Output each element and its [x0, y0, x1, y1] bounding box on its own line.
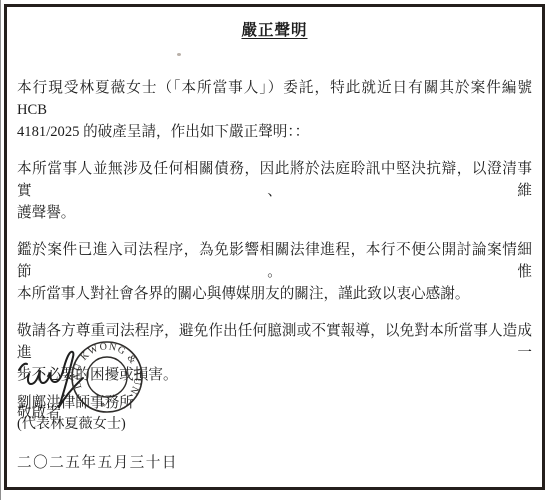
paragraph-line: 本所當事人並無涉及任何相關債務，因此將於法庭聆訊中堅決抗辯，以澄清事實、維: [17, 158, 532, 202]
paragraph-line: 護聲譽。: [17, 202, 532, 224]
law-firm-stamp: LAU KWONG & HUNG *: [65, 335, 149, 419]
paragraph-line: 本所當事人對社會各界的關心與傳媒朋友的關注，謹此致以衷心感謝。: [17, 283, 532, 305]
statement-title: 嚴正聲明: [7, 18, 542, 40]
paragraph-denial: 本所當事人並無涉及任何相關債務，因此將於法庭聆訊中堅決抗辯，以澄清事實、維 護聲…: [17, 158, 532, 224]
statement-date: 二〇二五年五月三十日: [17, 451, 178, 472]
signature-stroke: [19, 364, 27, 370]
document-border: 嚴正聲明 本行現受林夏薇女士（「本所當事人」）委託，特此就近日有關其於案件編號 …: [4, 4, 545, 490]
signature-stroke: [28, 371, 63, 384]
statement-page: 嚴正聲明 本行現受林夏薇女士（「本所當事人」）委託，特此就近日有關其於案件編號 …: [0, 0, 549, 500]
paragraph-judicial-process: 鑑於案件已進入司法程序，為免影響相關法律進程，本行不便公開討論案情細節。惟 本所…: [17, 239, 532, 305]
paragraph-line: 本行現受林夏薇女士（「本所當事人」）委託，特此就近日有關其於案件編號 HCB: [17, 77, 532, 121]
scan-edge-artifact: [0, 0, 1, 500]
stamp-inner-ring: [87, 357, 127, 397]
paragraph-intro: 本行現受林夏薇女士（「本所當事人」）委託，特此就近日有關其於案件編號 HCB 4…: [17, 77, 532, 143]
paragraph-line: 鑑於案件已進入司法程序，為免影響相關法律進程，本行不便公開討論案情細節。惟: [17, 239, 532, 283]
paragraph-line: 4181/2025 的破產呈請，作出如下嚴正聲明：：: [17, 121, 532, 143]
stamp-text: LAU KWONG & HUNG: [65, 335, 149, 399]
stamp-text-group: LAU KWONG & HUNG *: [65, 335, 149, 418]
ink-speck-artifact: [177, 53, 181, 56]
